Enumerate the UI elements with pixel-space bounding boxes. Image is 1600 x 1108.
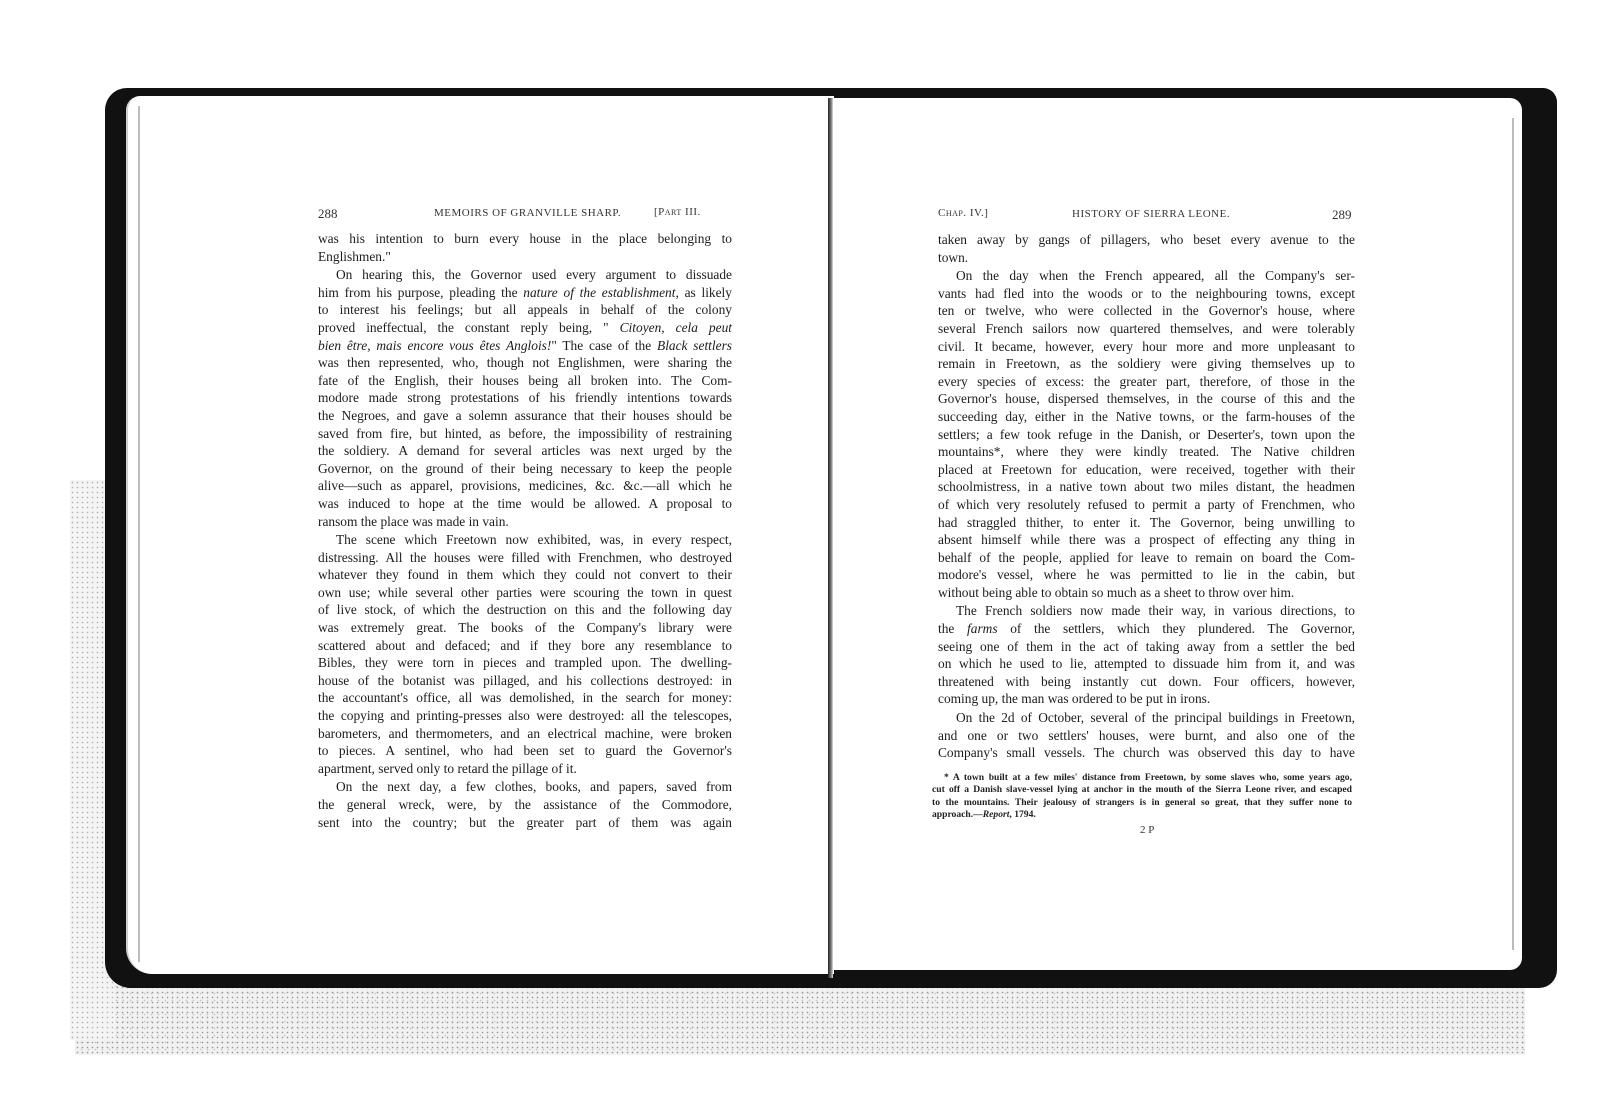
text-line: had straggled thither, to enter it. The …: [938, 514, 1355, 532]
left-running-title: MEMOIRS OF GRANVILLE SHARP.: [434, 207, 621, 219]
text-line: the soldiery. A demand for several artic…: [318, 442, 732, 460]
paragraph: On the day when the French appeared, all…: [938, 267, 1355, 601]
text-line: On the next day, a few clothes, books, a…: [318, 778, 732, 796]
left-page: 288 MEMOIRS OF GRANVILLE SHARP. [Part II…: [126, 96, 834, 974]
text-line: The French soldiers now made their way, …: [938, 602, 1355, 620]
text-line: barometers, and thermometers, and an ele…: [318, 725, 732, 743]
text-line: of live stock, of which the destruction …: [318, 601, 732, 619]
text-line: fate of the English, their houses being …: [318, 372, 732, 390]
text-line: Governor, on the ground of their being n…: [318, 460, 732, 478]
text-line: settlers; a few took refuge in the Danis…: [938, 426, 1355, 444]
text-line: Governor's house, dispersed themselves, …: [938, 390, 1355, 408]
text-line: On the day when the French appeared, all…: [938, 267, 1355, 285]
left-page-body: was his intention to burn every house in…: [318, 230, 732, 831]
footnote-line: approach.—Report, 1794.: [932, 809, 1352, 821]
text-line: placed at Freetown for education, were r…: [938, 461, 1355, 479]
text-line: the farms of the settlers, which they pl…: [938, 620, 1355, 638]
text-line: apartment, served only to retard the pil…: [318, 760, 732, 778]
right-page-number: 289: [1332, 207, 1352, 223]
text-line: On hearing this, the Governor used every…: [318, 266, 732, 284]
text-line: to pieces. A sentinel, who had been set …: [318, 742, 732, 760]
book-gutter: [828, 98, 833, 978]
text-line: scattered about and defaced; and if they…: [318, 637, 732, 655]
right-running-title: HISTORY OF SIERRA LEONE.: [1072, 208, 1230, 220]
text-line: and one or two settlers' houses, were bu…: [938, 727, 1355, 745]
text-line: succeeding day, either in the Native tow…: [938, 408, 1355, 426]
text-line: was his intention to burn every house in…: [318, 230, 732, 248]
text-line: ransom the place was made in vain.: [318, 513, 732, 531]
paragraph: was his intention to burn every house in…: [318, 230, 732, 265]
text-line: of which very resolutely refused to perm…: [938, 496, 1355, 514]
signature-mark: 2 P: [1140, 824, 1154, 836]
text-line: the accountant's office, all was demolis…: [318, 689, 732, 707]
text-line: was induced to hope at the time would be…: [318, 495, 732, 513]
text-line: remain in Freetown, as the soldiery were…: [938, 355, 1355, 373]
text-line: coming up, the man was ordered to be put…: [938, 690, 1355, 708]
footnote: * A town built at a few miles' distance …: [932, 772, 1352, 822]
paragraph: The scene which Freetown now exhibited, …: [318, 531, 732, 777]
text-line: proved ineffectual, the constant reply b…: [318, 319, 732, 337]
text-line: whatever they found in them which they c…: [318, 566, 732, 584]
text-line: Company's small vessels. The church was …: [938, 744, 1355, 762]
text-line: behalf of the people, applied for leave …: [938, 549, 1355, 567]
text-line: several French sailors now quartered the…: [938, 320, 1355, 338]
text-line: every species of excess: the greater par…: [938, 373, 1355, 391]
text-line: the general wreck, were, by the assistan…: [318, 796, 732, 814]
footnote-line: cut off a Danish slave-vessel lying at a…: [932, 784, 1352, 796]
paragraph: On hearing this, the Governor used every…: [318, 266, 732, 530]
paragraph: On the 2d of October, several of the pri…: [938, 709, 1355, 762]
text-line: saved from fire, but hinted, as before, …: [318, 425, 732, 443]
text-line: was then represented, who, though not En…: [318, 354, 732, 372]
paragraph: On the next day, a few clothes, books, a…: [318, 778, 732, 831]
text-line: sent into the country; but the greater p…: [318, 814, 732, 832]
paragraph: taken away by gangs of pillagers, who be…: [938, 231, 1355, 266]
text-line: distressing. All the houses were filled …: [318, 549, 732, 567]
left-page-number: 288: [318, 206, 338, 222]
text-line: to interest his feelings; but all appeal…: [318, 301, 732, 319]
footnote-line: * A town built at a few miles' distance …: [932, 772, 1352, 784]
text-line: ten or twelve, who were collected in the…: [938, 302, 1355, 320]
text-line: Englishmen.": [318, 248, 732, 266]
text-line: On the 2d of October, several of the pri…: [938, 709, 1355, 727]
text-line: Bibles, they were torn in pieces and tra…: [318, 654, 732, 672]
text-line: own use; while several other parties wer…: [318, 584, 732, 602]
paragraph: The French soldiers now made their way, …: [938, 602, 1355, 708]
text-line: was extremely great. The books of the Co…: [318, 619, 732, 637]
text-line: modore's vessel, where he was permitted …: [938, 566, 1355, 584]
right-page-body: taken away by gangs of pillagers, who be…: [938, 231, 1355, 762]
text-line: house of the botanist was pillaged, and …: [318, 672, 732, 690]
right-section-label: Chap. IV.]: [938, 207, 988, 219]
text-line: bien être, mais encore vous êtes Anglois…: [318, 337, 732, 355]
text-line: the copying and printing-presses also we…: [318, 707, 732, 725]
text-line: on which he used to lie, attempted to di…: [938, 655, 1355, 673]
text-line: the Negroes, and gave a solemn assurance…: [318, 407, 732, 425]
text-line: threatened with being instantly cut down…: [938, 673, 1355, 691]
text-line: civil. It became, however, every hour mo…: [938, 338, 1355, 356]
text-line: modore made strong protestations of his …: [318, 389, 732, 407]
text-line: The scene which Freetown now exhibited, …: [318, 531, 732, 549]
left-section-label: [Part III.: [654, 206, 701, 218]
text-line: alive—such as apparel, provisions, medic…: [318, 477, 732, 495]
text-line: him from his purpose, pleading the natur…: [318, 284, 732, 302]
text-line: town.: [938, 249, 1355, 267]
text-line: vants had fled into the woods or to the …: [938, 285, 1355, 303]
right-page: Chap. IV.] HISTORY OF SIERRA LEONE. 289 …: [834, 98, 1522, 970]
text-line: without being able to obtain so much as …: [938, 584, 1355, 602]
text-line: taken away by gangs of pillagers, who be…: [938, 231, 1355, 249]
footnote-line: to the mountains. Their jealousy of stra…: [932, 797, 1352, 809]
text-line: seeing one of them in the act of taking …: [938, 638, 1355, 656]
text-line: absent himself while there was a prospec…: [938, 531, 1355, 549]
text-line: schoolmistress, in a native town about t…: [938, 478, 1355, 496]
text-line: mountains*, where they were kindly treat…: [938, 443, 1355, 461]
